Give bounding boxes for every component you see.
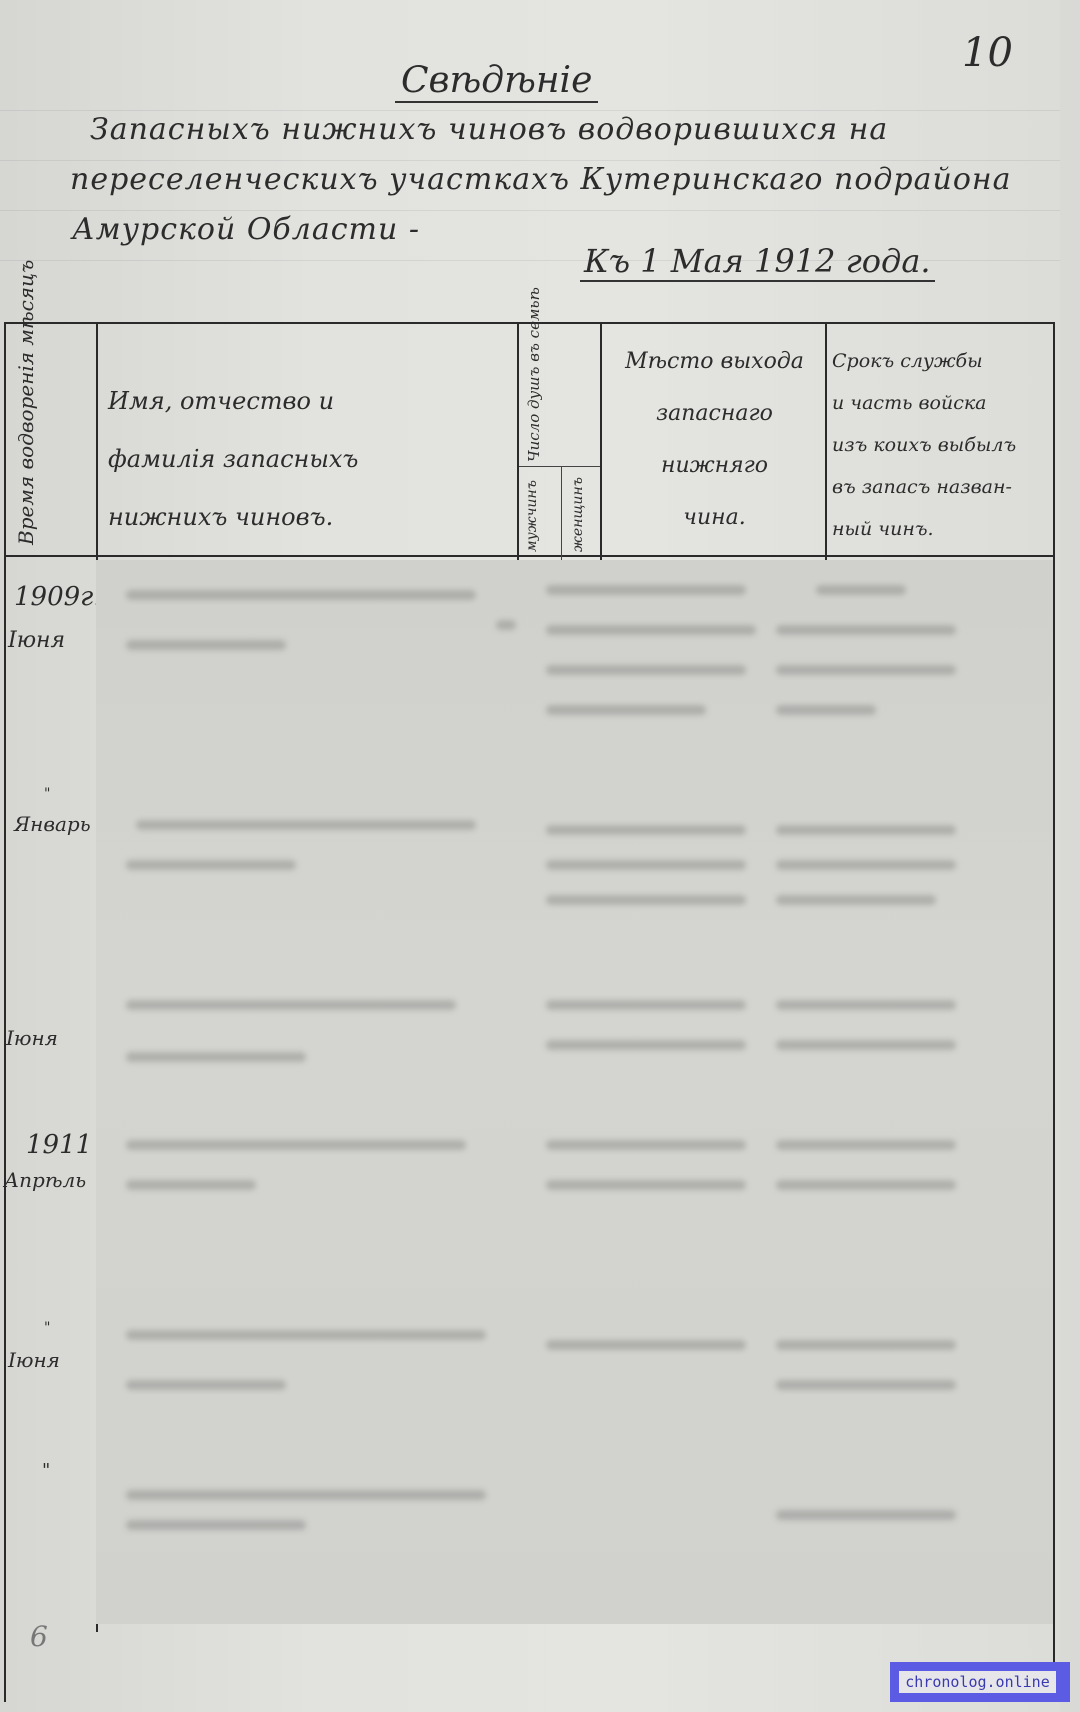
blurred-text [546,585,746,595]
watermark-text: chronolog.online [899,1671,1056,1693]
col-line [561,466,562,562]
blurred-text [546,1340,746,1350]
blurred-text [546,1000,746,1010]
blurred-text [776,1180,956,1190]
blurred-text [126,590,476,600]
header-service-line: ный чинъ. [832,508,1052,550]
row-year: " [44,786,50,802]
blurred-text [126,1180,256,1190]
ruled-line [0,160,1060,161]
row-year: " [42,1460,50,1481]
subtitle-line-2: переселенческихъ участкахъ Кутеринскаго … [70,162,1012,197]
header-name-line: фамилія запасныхъ [108,430,358,488]
header-females: женщинъ [570,472,586,552]
blurred-text [546,625,756,635]
header-service-line: Срокъ службы [832,340,1052,382]
col-line [517,322,519,562]
ruled-line [0,210,1060,211]
header-service: Срокъ службы и часть войска изъ коихъ вы… [832,340,1052,550]
blurred-text [546,825,746,835]
blurred-text [126,1380,286,1390]
ruled-line [0,110,1060,111]
col-line [4,322,6,1702]
footnote-number: 6 [30,1620,48,1653]
blurred-text [776,1040,956,1050]
blurred-text [496,620,516,630]
header-origin-line: чина. [612,492,817,544]
date-line: Къ 1 Мая 1912 года. [580,242,935,282]
blurred-text [776,1340,956,1350]
header-settlement-time: Время водворенія мѣсяцъ [12,325,40,545]
blurred-text [546,1140,746,1150]
blurred-text [546,895,746,905]
col-line [600,322,602,562]
blurred-text [126,1052,306,1062]
header-service-line: изъ коихъ выбылъ [832,424,1052,466]
header-origin-line: Мѣсто выхода [612,336,817,388]
row-year: 1911 [26,1130,92,1160]
row-year: " [44,1320,50,1336]
col-line [825,322,827,562]
blurred-text [776,1000,956,1010]
header-name-line: Имя, отчество и [108,372,358,430]
header-origin: Мѣсто выхода запаснаго нижняго чина. [612,336,817,544]
blurred-text [126,1140,466,1150]
row-month: Январь [14,812,91,836]
row-year: 1909г. [14,582,102,612]
blurred-text [776,625,956,635]
page-number: 10 [962,30,1013,76]
header-origin-line: запаснаго [612,388,817,440]
blurred-text [126,1330,486,1340]
blurred-text [776,1380,956,1390]
blurred-text [546,665,746,675]
blurred-text [776,1140,956,1150]
row-month: Апрѣль [4,1168,86,1192]
row-month: Іюня [8,628,65,653]
blurred-text [546,860,746,870]
row-month: Іюня [8,1348,60,1372]
blurred-text [126,640,286,650]
blurred-text [136,820,476,830]
header-family-size: Число душъ въ семьѣ [524,332,544,462]
blurred-text [776,705,876,715]
blurred-text [776,860,956,870]
header-service-line: и часть войска [832,382,1052,424]
blurred-text [546,1180,746,1190]
document-title: Свѣдѣніе [395,60,598,103]
blurred-text [546,1040,746,1050]
redacted-region [96,560,1053,1624]
document-page: 10 Свѣдѣніе Запасныхъ нижнихъ чиновъ вод… [0,0,1060,1712]
header-males: мужчинъ [524,472,540,552]
blurred-text [126,860,296,870]
header-service-line: въ запасъ назван- [832,466,1052,508]
header-origin-line: нижняго [612,440,817,492]
blurred-text [126,1490,486,1500]
subtitle-line-1: Запасныхъ нижнихъ чиновъ водворившихся н… [90,112,888,147]
row-month: Іюня [6,1026,58,1050]
header-name-line: нижнихъ чиновъ. [108,488,358,546]
blurred-text [816,585,906,595]
blurred-text [126,1000,456,1010]
blurred-text [546,705,706,715]
blurred-text [126,1520,306,1530]
blurred-text [776,1510,956,1520]
subtitle-line-3: Амурской Области - [72,212,420,247]
watermark: chronolog.online [890,1662,1070,1702]
header-bottom-border [4,555,1054,557]
blurred-text [776,825,956,835]
header-name: Имя, отчество и фамилія запасныхъ нижних… [108,372,358,546]
blurred-text [776,665,956,675]
col-line [1053,322,1055,1702]
subheader-divider [517,466,600,467]
blurred-text [776,895,936,905]
